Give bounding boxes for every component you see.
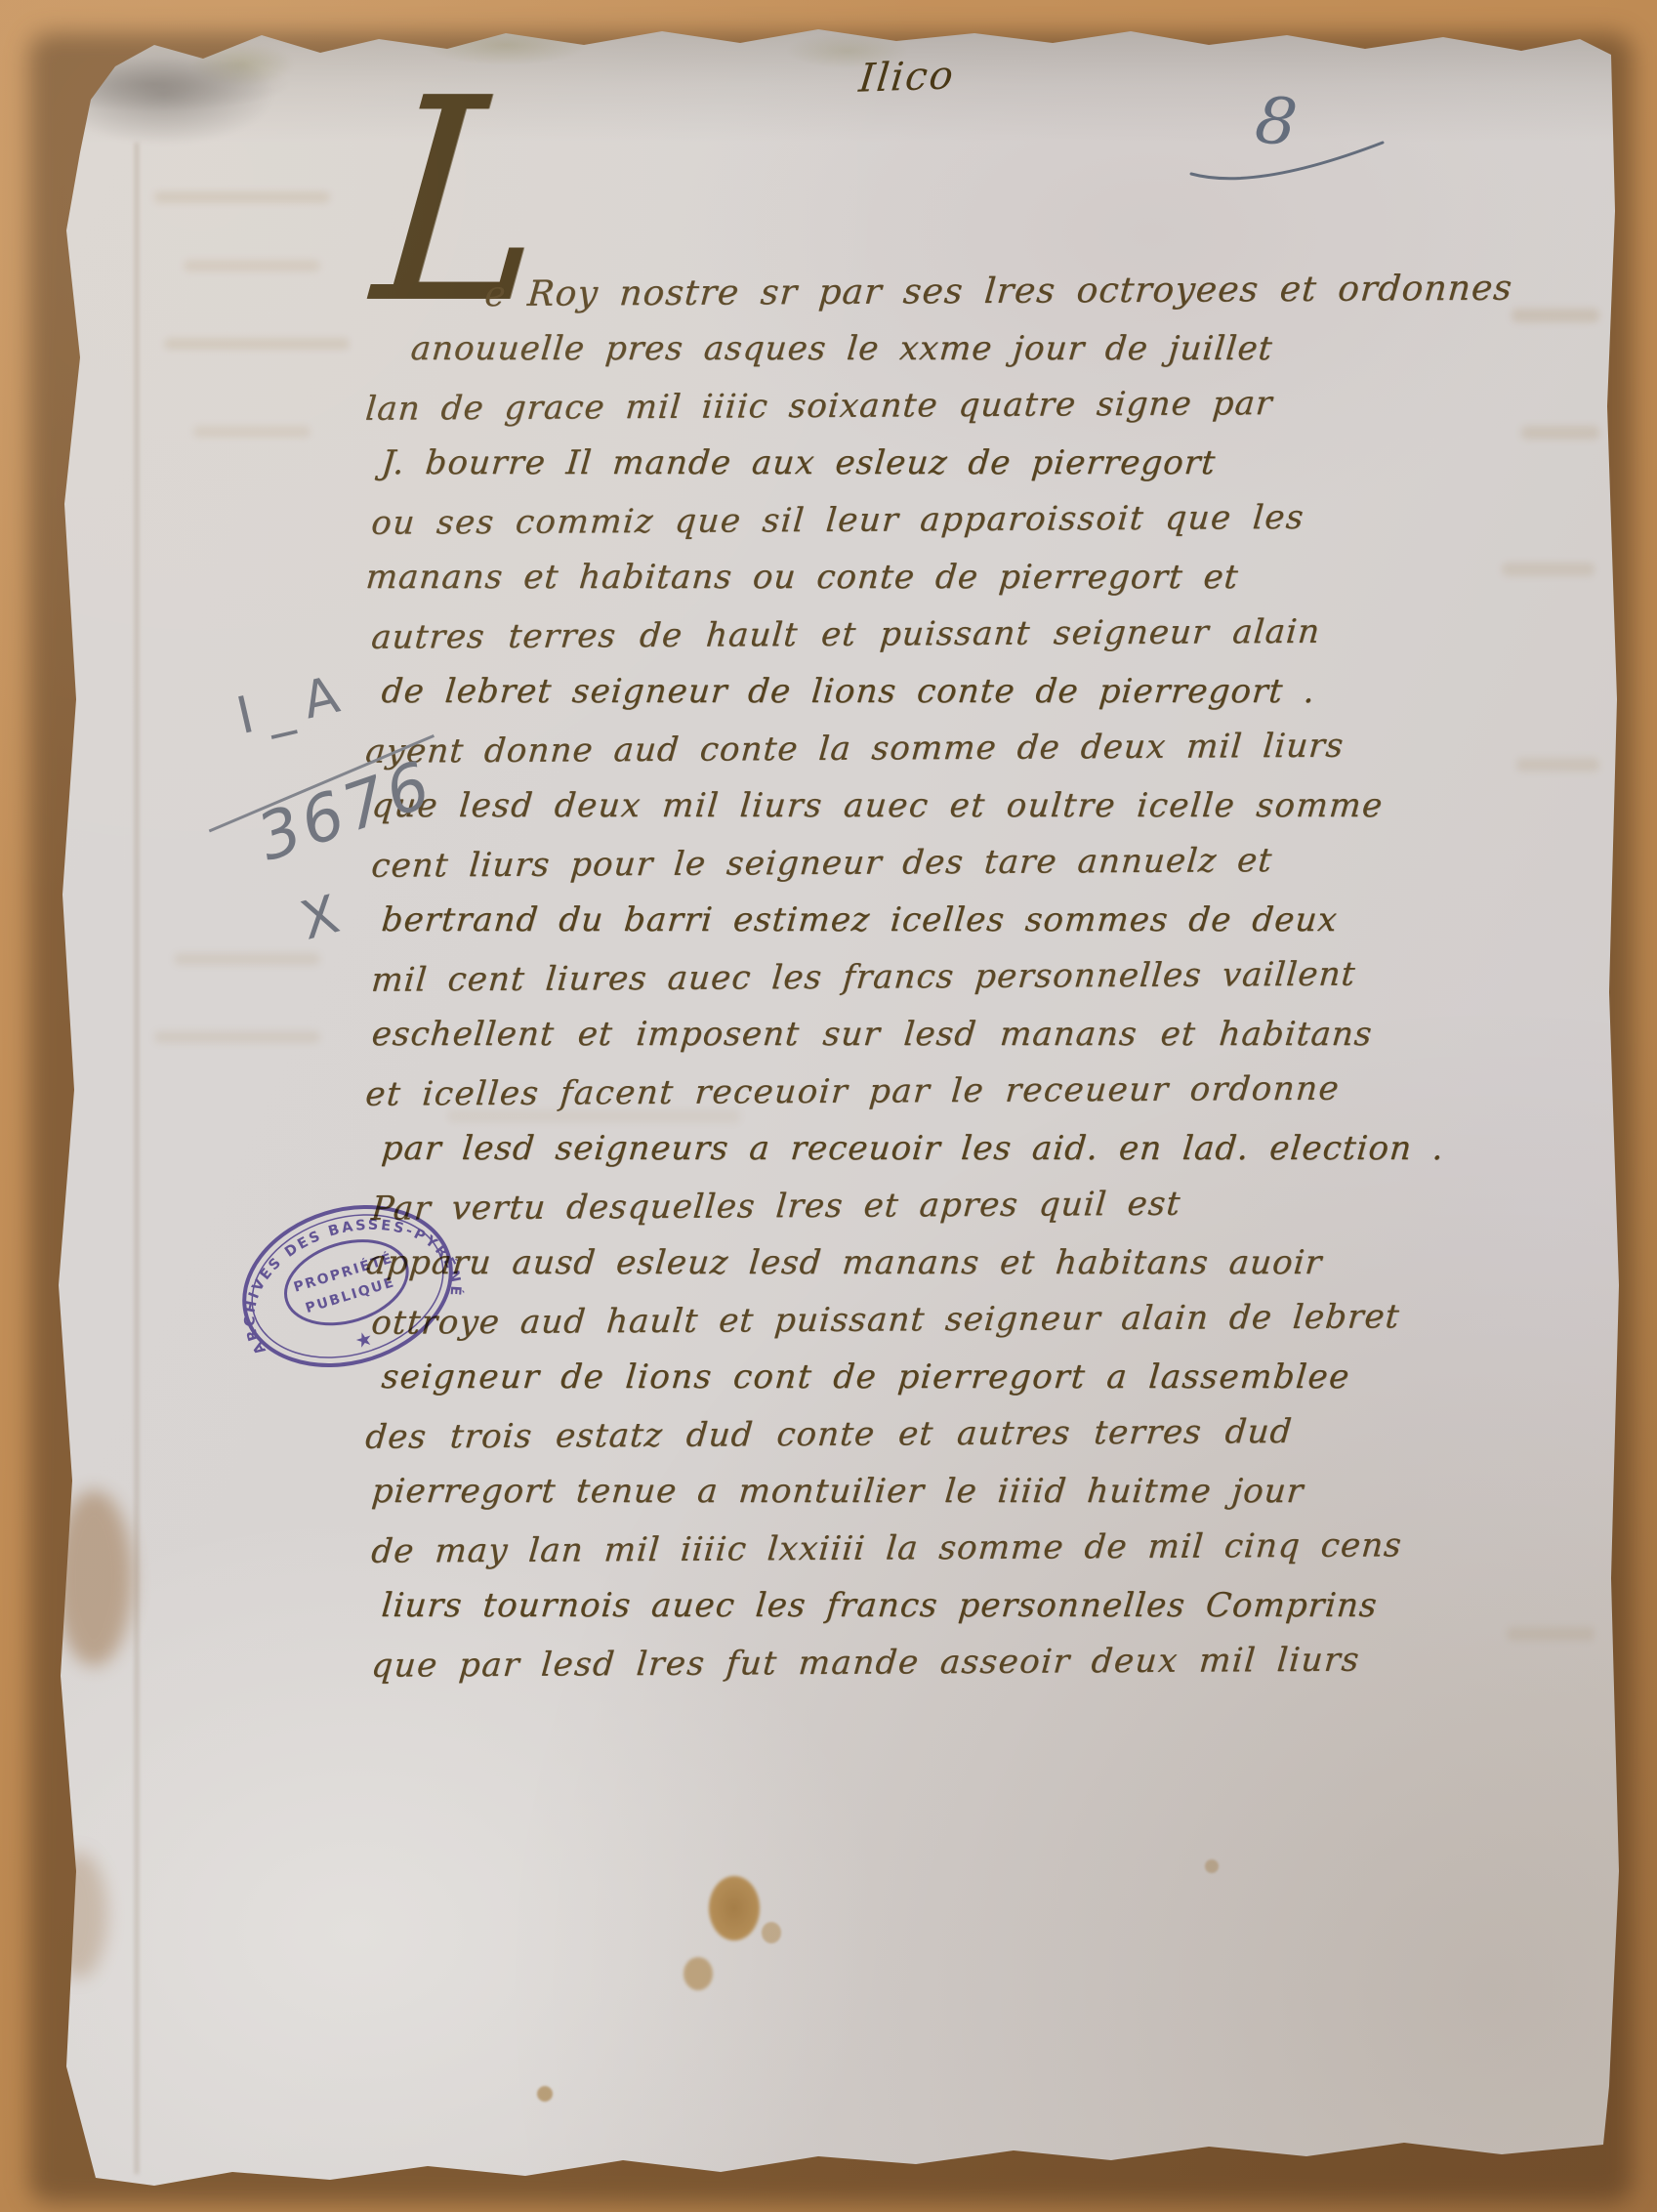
manuscript-line: lan de grace mil iiiic soixante quatre s… [362, 382, 1579, 446]
manuscript-line: liurs tournois auec les francs personnel… [378, 1586, 1579, 1644]
manuscript-line: e Roy nostre sr par ses lres octroyees e… [368, 268, 1579, 332]
manuscript-line: ottroye aud hault et puissant seigneur a… [368, 1296, 1579, 1360]
docket-mark: Ilico [857, 53, 958, 102]
manuscript-line: seigneur de lions cont de pierregort a l… [378, 1357, 1579, 1415]
verso-show-through [184, 260, 320, 271]
manuscript-line: apparu ausd esleuz lesd manans et habita… [362, 1243, 1579, 1301]
manuscript-page: Ilico 8 L e Roy nostre sr par ses lres o… [37, 16, 1629, 2193]
manuscript-line: eschellent et imposent sur lesd manans e… [368, 1015, 1579, 1072]
manuscript-line: manans et habitans ou conte de pierregor… [362, 558, 1579, 615]
verso-show-through [154, 1031, 320, 1043]
manuscript-line: pierregort tenue a montuilier le iiiid h… [368, 1472, 1579, 1529]
manuscript-line: mil cent liures auec les francs personne… [368, 953, 1579, 1018]
manuscript-line: bertrand du barri estimez icelles sommes… [378, 900, 1579, 958]
stamp-star-icon: ★ [352, 1325, 376, 1353]
manuscript-photo: Ilico 8 L e Roy nostre sr par ses lres o… [0, 0, 1657, 2212]
foxing-spot [709, 1876, 760, 1941]
manuscript-line: autres terres de hault et puissant seign… [368, 610, 1579, 675]
verso-show-through [193, 426, 311, 438]
manuscript-line: que lesd deux mil liurs auec et oultre i… [368, 786, 1579, 844]
manuscript-line: par lesd seigneurs a receuoir les aid. e… [378, 1129, 1579, 1187]
cote-cross: X [295, 883, 346, 951]
manuscript-line: J. bourre Il mande aux esleuz de pierreg… [378, 443, 1579, 501]
foxing-spot [537, 2086, 553, 2102]
manuscript-line: Par vertu desquelles lres et apres quil … [368, 1182, 1579, 1246]
manuscript-line: anouuelle pres asques le xxme jour de ju… [368, 329, 1579, 387]
left-crease [135, 143, 139, 2174]
page-number-underline [1187, 131, 1392, 189]
cote-number: 3676 [248, 746, 442, 876]
manuscript-line: cent liurs pour le seigneur des tare ann… [368, 839, 1579, 903]
manuscript-line: que par lesd lres fut mande asseoir deux… [368, 1639, 1579, 1703]
foxing-spot [762, 1922, 781, 1943]
manuscript-line: ou ses commiz que sil leur apparoissoit … [368, 496, 1579, 561]
manuscript-line: et icelles facent receuoir par le receue… [362, 1067, 1579, 1132]
verso-show-through [154, 191, 330, 203]
manuscript-line: des trois estatz dud conte et autres ter… [362, 1410, 1579, 1475]
archival-cote: I_A 3676 X [200, 651, 491, 1002]
manuscript-text-block: e Roy nostre sr par ses lres octroyees e… [371, 271, 1577, 1700]
manuscript-line: ayent donne aud conte la somme de deux m… [362, 725, 1579, 789]
foxing-spot [1205, 1859, 1219, 1873]
manuscript-line: de may lan mil iiiic lxxiiii la somme de… [368, 1524, 1579, 1589]
cote-series: I_A [231, 663, 357, 746]
foxing-spot [684, 1957, 713, 1990]
verso-show-through [164, 338, 350, 350]
manuscript-line: de lebret seigneur de lions conte de pie… [378, 672, 1579, 730]
